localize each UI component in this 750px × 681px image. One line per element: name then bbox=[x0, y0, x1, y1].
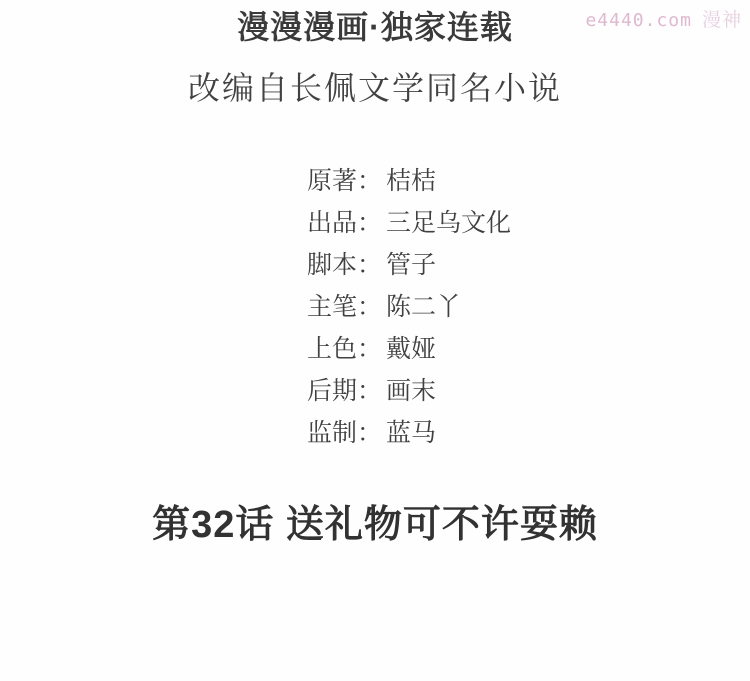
adaptation-note: 改编自长佩文学同名小说 bbox=[0, 68, 750, 108]
credit-value: 戴娅 bbox=[386, 328, 436, 370]
credit-row-producer: 出品：三足乌文化 bbox=[307, 202, 511, 244]
credit-value: 桔桔 bbox=[386, 160, 436, 202]
comic-title-page: e4440.com漫神 漫漫漫画·独家连载 改编自长佩文学同名小说 原著：桔桔 … bbox=[0, 0, 750, 681]
credit-row-colorist: 上色：戴娅 bbox=[307, 328, 511, 370]
credit-value: 画末 bbox=[386, 370, 436, 412]
credit-row-script: 脚本：管子 bbox=[307, 244, 511, 286]
credits-block: 原著：桔桔 出品：三足乌文化 脚本：管子 主笔：陈二丫 上色：戴娅 后期：画末 … bbox=[307, 160, 511, 454]
credit-row-lead-artist: 主笔：陈二丫 bbox=[307, 286, 511, 328]
credit-label: 后期： bbox=[307, 370, 382, 412]
credit-value: 陈二丫 bbox=[386, 286, 461, 328]
chapter-title: 第32话 送礼物可不许耍赖 bbox=[0, 501, 750, 549]
serial-title: 漫漫漫画·独家连载 bbox=[0, 8, 750, 46]
credit-value: 蓝马 bbox=[386, 412, 436, 454]
credit-label: 出品： bbox=[307, 202, 382, 244]
credit-label: 主笔： bbox=[307, 286, 382, 328]
credit-label: 监制： bbox=[307, 412, 382, 454]
credit-row-post-production: 后期：画末 bbox=[307, 370, 511, 412]
credit-label: 上色： bbox=[307, 328, 382, 370]
credit-value: 三足乌文化 bbox=[386, 202, 511, 244]
credit-label: 脚本： bbox=[307, 244, 382, 286]
credit-label: 原著： bbox=[307, 160, 382, 202]
credit-value: 管子 bbox=[386, 244, 436, 286]
credit-row-original-author: 原著：桔桔 bbox=[307, 160, 511, 202]
credit-row-supervisor: 监制：蓝马 bbox=[307, 412, 511, 454]
